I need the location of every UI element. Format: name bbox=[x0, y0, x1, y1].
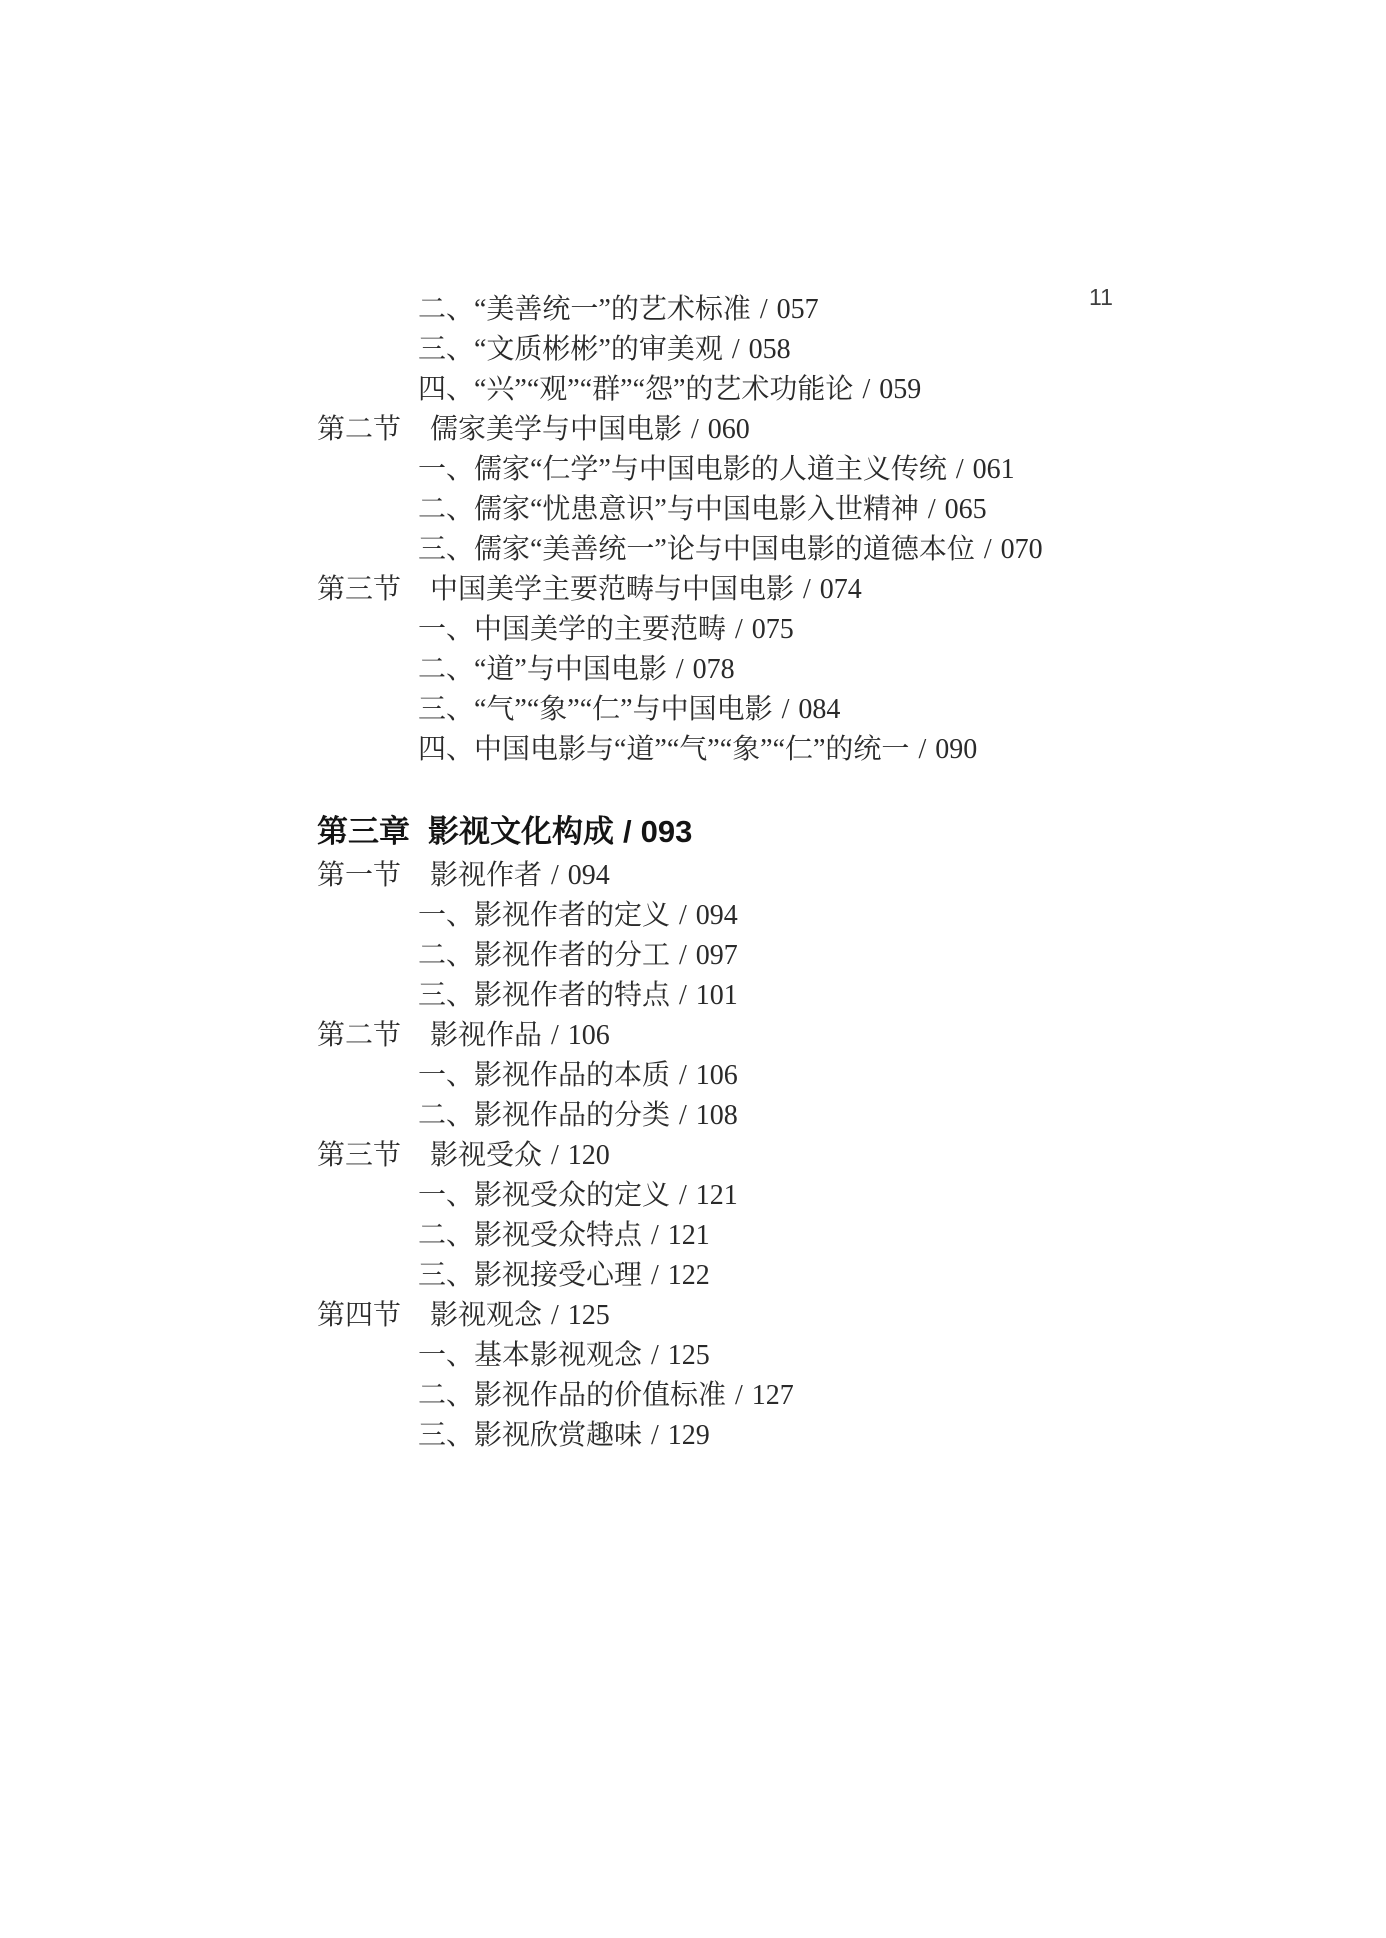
toc-item-row: 一、影视作品的本质/106 bbox=[317, 1056, 1157, 1096]
toc-entry-page-number: 097 bbox=[696, 936, 738, 976]
toc-entry-page-number: 125 bbox=[668, 1336, 710, 1376]
toc-entry-page-number: 125 bbox=[568, 1296, 610, 1336]
toc-section-title: 影视观念 bbox=[430, 1296, 542, 1336]
toc-item-text: 三、影视作者的特点 bbox=[418, 976, 670, 1016]
toc-item-text: 一、影视受众的定义 bbox=[418, 1176, 670, 1216]
toc-item-row: 三、“气”“象”“仁”与中国电影/084 bbox=[317, 690, 1157, 730]
toc-page-separator: / bbox=[760, 290, 768, 330]
toc-page-separator: / bbox=[956, 450, 964, 490]
toc-section-row: 第一节影视作者/094 bbox=[317, 856, 1157, 896]
toc-item-row: 三、“文质彬彬”的审美观/058 bbox=[317, 330, 1157, 370]
toc-page-separator: / bbox=[551, 1016, 559, 1056]
toc-entry-page-number: 108 bbox=[696, 1096, 738, 1136]
toc-page-separator: / bbox=[679, 1096, 687, 1136]
toc-item-text: 三、影视接受心理 bbox=[418, 1256, 642, 1296]
toc-entry-page-number: 106 bbox=[568, 1016, 610, 1056]
toc-page-separator: / bbox=[651, 1216, 659, 1256]
toc-entry-page-number: 129 bbox=[668, 1416, 710, 1456]
toc-section-label: 第一节 bbox=[317, 856, 430, 896]
toc-page-separator: / bbox=[679, 976, 687, 1016]
toc-entry-page-number: 121 bbox=[668, 1216, 710, 1256]
toc-item-row: 一、儒家“仁学”与中国电影的人道主义传统/061 bbox=[317, 450, 1157, 490]
toc-chapter-row: 第三章影视文化构成/093 bbox=[317, 808, 1157, 856]
toc-item-row: 一、影视作者的定义/094 bbox=[317, 896, 1157, 936]
toc-item-text: 二、“道”与中国电影 bbox=[418, 650, 667, 690]
toc-entry-page-number: 084 bbox=[798, 690, 840, 730]
toc-page-separator: / bbox=[928, 490, 936, 530]
toc-item-row: 二、影视作品的分类/108 bbox=[317, 1096, 1157, 1136]
toc-chapter-title: 影视文化构成 bbox=[428, 812, 614, 852]
toc-page-separator: / bbox=[782, 690, 790, 730]
toc-section-title: 儒家美学与中国电影 bbox=[430, 410, 682, 450]
toc-item-text: 二、影视作品的价值标准 bbox=[418, 1376, 726, 1416]
toc-page-separator: / bbox=[803, 570, 811, 610]
toc-entry-page-number: 059 bbox=[879, 370, 921, 410]
toc-item-text: 二、影视作者的分工 bbox=[418, 936, 670, 976]
toc-entry-page-number: 057 bbox=[777, 290, 819, 330]
toc-item-text: 一、中国美学的主要范畴 bbox=[418, 610, 726, 650]
toc-section-label: 第二节 bbox=[317, 1016, 430, 1056]
toc-item-row: 一、基本影视观念/125 bbox=[317, 1336, 1157, 1376]
toc-item-row: 三、影视接受心理/122 bbox=[317, 1256, 1157, 1296]
toc-entry-page-number: 093 bbox=[641, 812, 693, 852]
toc-section-title: 影视受众 bbox=[430, 1136, 542, 1176]
toc-entry-page-number: 122 bbox=[668, 1256, 710, 1296]
toc-section-label: 第四节 bbox=[317, 1296, 430, 1336]
toc-page-separator: / bbox=[984, 530, 992, 570]
toc-entry-page-number: 065 bbox=[945, 490, 987, 530]
toc-page-separator: / bbox=[918, 730, 926, 770]
toc-entry-page-number: 106 bbox=[696, 1056, 738, 1096]
toc-section-label: 第三节 bbox=[317, 570, 430, 610]
toc-item-text: 四、“兴”“观”“群”“怨”的艺术功能论 bbox=[418, 370, 853, 410]
toc-item-row: 三、儒家“美善统一”论与中国电影的道德本位/070 bbox=[317, 530, 1157, 570]
toc-item-row: 三、影视欣赏趣味/129 bbox=[317, 1416, 1157, 1456]
toc-item-text: 一、影视作品的本质 bbox=[418, 1056, 670, 1096]
toc-item-text: 三、“文质彬彬”的审美观 bbox=[418, 330, 723, 370]
toc-item-row: 四、“兴”“观”“群”“怨”的艺术功能论/059 bbox=[317, 370, 1157, 410]
toc-section-row: 第三节中国美学主要范畴与中国电影/074 bbox=[317, 570, 1157, 610]
toc-section-title: 中国美学主要范畴与中国电影 bbox=[430, 570, 794, 610]
toc-section-row: 第二节影视作品/106 bbox=[317, 1016, 1157, 1056]
toc-page-separator: / bbox=[676, 650, 684, 690]
toc-item-row: 二、影视作品的价值标准/127 bbox=[317, 1376, 1157, 1416]
toc-page-separator: / bbox=[651, 1256, 659, 1296]
toc-item-text: 三、“气”“象”“仁”与中国电影 bbox=[418, 690, 773, 730]
toc-page-separator: / bbox=[691, 410, 699, 450]
toc-section-label: 第三节 bbox=[317, 1136, 430, 1176]
toc-entry-page-number: 127 bbox=[752, 1376, 794, 1416]
toc-item-row: 二、“美善统一”的艺术标准/057 bbox=[317, 290, 1157, 330]
toc-page-separator: / bbox=[651, 1336, 659, 1376]
toc-section-row: 第三节影视受众/120 bbox=[317, 1136, 1157, 1176]
toc-item-text: 二、儒家“忧患意识”与中国电影入世精神 bbox=[418, 490, 919, 530]
toc-section-row: 第四节影视观念/125 bbox=[317, 1296, 1157, 1336]
toc-item-row: 一、影视受众的定义/121 bbox=[317, 1176, 1157, 1216]
toc-section-row: 第二节儒家美学与中国电影/060 bbox=[317, 410, 1157, 450]
toc-entry-page-number: 060 bbox=[708, 410, 750, 450]
toc-item-row: 二、儒家“忧患意识”与中国电影入世精神/065 bbox=[317, 490, 1157, 530]
toc-page-separator: / bbox=[679, 1056, 687, 1096]
toc-item-text: 二、“美善统一”的艺术标准 bbox=[418, 290, 751, 330]
toc-list: 二、“美善统一”的艺术标准/057三、“文质彬彬”的审美观/058四、“兴”“观… bbox=[317, 290, 1157, 1456]
toc-page-separator: / bbox=[735, 610, 743, 650]
toc-page-separator: / bbox=[735, 1376, 743, 1416]
toc-page-separator: / bbox=[551, 1296, 559, 1336]
toc-item-text: 三、儒家“美善统一”论与中国电影的道德本位 bbox=[418, 530, 975, 570]
toc-page-separator: / bbox=[551, 1136, 559, 1176]
book-toc-page: 11 二、“美善统一”的艺术标准/057三、“文质彬彬”的审美观/058四、“兴… bbox=[0, 0, 1386, 1938]
toc-item-text: 二、影视作品的分类 bbox=[418, 1096, 670, 1136]
toc-entry-page-number: 070 bbox=[1001, 530, 1043, 570]
toc-entry-page-number: 094 bbox=[696, 896, 738, 936]
toc-item-row: 四、中国电影与“道”“气”“象”“仁”的统一/090 bbox=[317, 730, 1157, 770]
toc-page-separator: / bbox=[551, 856, 559, 896]
toc-page-separator: / bbox=[651, 1416, 659, 1456]
toc-entry-page-number: 074 bbox=[820, 570, 862, 610]
toc-page-separator: / bbox=[679, 936, 687, 976]
toc-page-separator: / bbox=[679, 1176, 687, 1216]
toc-item-text: 四、中国电影与“道”“气”“象”“仁”的统一 bbox=[418, 730, 909, 770]
toc-item-row: 二、“道”与中国电影/078 bbox=[317, 650, 1157, 690]
toc-page-separator: / bbox=[862, 370, 870, 410]
toc-chapter-label: 第三章 bbox=[317, 812, 428, 852]
toc-page-separator: / bbox=[679, 896, 687, 936]
toc-page-separator: / bbox=[732, 330, 740, 370]
toc-entry-page-number: 090 bbox=[935, 730, 977, 770]
toc-item-text: 二、影视受众特点 bbox=[418, 1216, 642, 1256]
toc-item-row: 三、影视作者的特点/101 bbox=[317, 976, 1157, 1016]
toc-page-separator: / bbox=[623, 812, 632, 852]
toc-entry-page-number: 101 bbox=[696, 976, 738, 1016]
toc-item-row: 一、中国美学的主要范畴/075 bbox=[317, 610, 1157, 650]
toc-entry-page-number: 061 bbox=[973, 450, 1015, 490]
toc-section-label: 第二节 bbox=[317, 410, 430, 450]
toc-item-text: 一、基本影视观念 bbox=[418, 1336, 642, 1376]
toc-entry-page-number: 058 bbox=[749, 330, 791, 370]
toc-entry-page-number: 075 bbox=[752, 610, 794, 650]
toc-section-title: 影视作品 bbox=[430, 1016, 542, 1056]
toc-item-text: 一、儒家“仁学”与中国电影的人道主义传统 bbox=[418, 450, 947, 490]
toc-entry-page-number: 094 bbox=[568, 856, 610, 896]
toc-section-title: 影视作者 bbox=[430, 856, 542, 896]
toc-item-text: 一、影视作者的定义 bbox=[418, 896, 670, 936]
toc-entry-page-number: 121 bbox=[696, 1176, 738, 1216]
toc-item-text: 三、影视欣赏趣味 bbox=[418, 1416, 642, 1456]
toc-item-row: 二、影视受众特点/121 bbox=[317, 1216, 1157, 1256]
toc-item-row: 二、影视作者的分工/097 bbox=[317, 936, 1157, 976]
toc-entry-page-number: 078 bbox=[693, 650, 735, 690]
toc-entry-page-number: 120 bbox=[568, 1136, 610, 1176]
